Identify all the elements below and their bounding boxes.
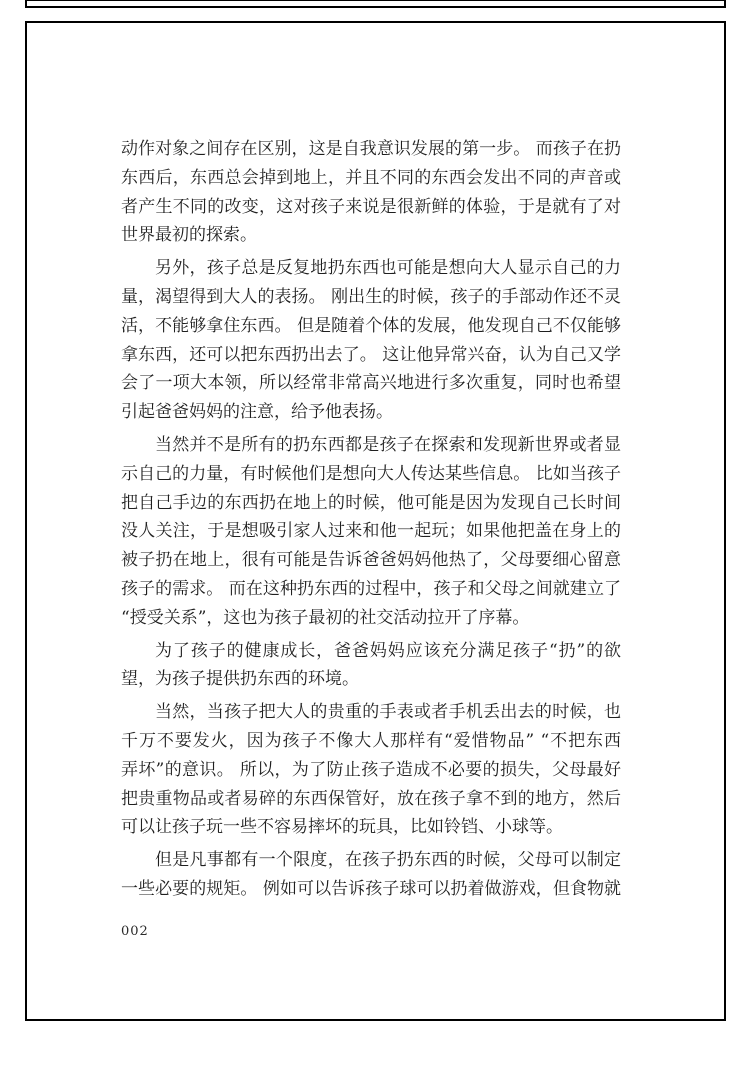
text-line: 把贵重物品或者易碎的东西保管好，放在孩子拿不到的地方，然后	[121, 785, 621, 814]
text-line: 东西后，东西总会掉到地上，并且不同的东西会发出不同的声音或	[121, 164, 621, 193]
paragraph: 另外，孩子总是反复地扔东西也可能是想向大人显示自己的力 量，渴望得到大人的表扬。…	[121, 254, 621, 427]
text-line: 动作对象之间存在区别，这是自我意识发展的第一步。 而孩子在扔	[121, 135, 621, 164]
text-line: 量，渴望得到大人的表扬。 刚出生的时候，孩子的手部动作还不灵	[121, 283, 621, 312]
book-page-frame: 动作对象之间存在区别，这是自我意识发展的第一步。 而孩子在扔 东西后，东西总会掉…	[25, 21, 726, 1021]
page-number: 002	[121, 924, 149, 939]
text-line: 一些必要的规矩。 例如可以告诉孩子球可以扔着做游戏，但食物就	[121, 875, 621, 904]
text-line: 被子扔在地上，很有可能是告诉爸爸妈妈他热了，父母要细心留意	[121, 546, 621, 575]
text-line: 当然，当孩子把大人的贵重的手表或者手机丢出去的时候，也	[121, 698, 621, 727]
text-line: 引起爸爸妈妈的注意，给予他表扬。	[121, 398, 621, 427]
text-line: 为了孩子的健康成长，爸爸妈妈应该充分满足孩子“扔”的欲	[121, 637, 621, 666]
text-line: 会了一项大本领，所以经常非常高兴地进行多次重复，同时也希望	[121, 369, 621, 398]
text-line: 千万不要发火，因为孩子不像大人那样有“爱惜物品” “不把东西	[121, 727, 621, 756]
text-line: “授受关系”，这也为孩子最初的社交活动拉开了序幕。	[121, 604, 621, 633]
paragraph: 当然，当孩子把大人的贵重的手表或者手机丢出去的时候，也 千万不要发火，因为孩子不…	[121, 698, 621, 842]
text-line: 没人关注，于是想吸引家人过来和他一起玩；如果他把盖在身上的	[121, 517, 621, 546]
text-line: 当然并不是所有的扔东西都是孩子在探索和发现新世界或者显	[121, 431, 621, 460]
text-line: 另外，孩子总是反复地扔东西也可能是想向大人显示自己的力	[121, 254, 621, 283]
page-text-block: 动作对象之间存在区别，这是自我意识发展的第一步。 而孩子在扔 东西后，东西总会掉…	[121, 135, 621, 908]
paragraph: 但是凡事都有一个限度，在孩子扔东西的时候，父母可以制定 一些必要的规矩。 例如可…	[121, 846, 621, 904]
text-line: 孩子的需求。 而在这种扔东西的过程中，孩子和父母之间就建立了	[121, 575, 621, 604]
paragraph: 当然并不是所有的扔东西都是孩子在探索和发现新世界或者显 示自己的力量，有时候他们…	[121, 431, 621, 633]
text-line: 示自己的力量，有时候他们是想向大人传达某些信息。 比如当孩子	[121, 460, 621, 489]
text-line: 者产生不同的改变，这对孩子来说是很新鲜的体验，于是就有了对	[121, 193, 621, 222]
text-line: 拿东西，还可以把东西扔出去了。 这让他异常兴奋，认为自己又学	[121, 341, 621, 370]
text-line: 世界最初的探索。	[121, 221, 621, 250]
text-line: 可以让孩子玩一些不容易摔坏的玩具，比如铃铛、小球等。	[121, 813, 621, 842]
paragraph: 为了孩子的健康成长，爸爸妈妈应该充分满足孩子“扔”的欲 望，为孩子提供扔东西的环…	[121, 637, 621, 695]
text-line: 把自己手边的东西扔在地上的时候，他可能是因为发现自己长时间	[121, 489, 621, 518]
text-line: 弄坏”的意识。 所以，为了防止孩子造成不必要的损失，父母最好	[121, 756, 621, 785]
text-line: 活，不能够拿住东西。 但是随着个体的发展，他发现自己不仅能够	[121, 312, 621, 341]
previous-page-bottom-edge	[25, 0, 726, 8]
paragraph: 动作对象之间存在区别，这是自我意识发展的第一步。 而孩子在扔 东西后，东西总会掉…	[121, 135, 621, 250]
text-line: 望，为孩子提供扔东西的环境。	[121, 665, 621, 694]
text-line: 但是凡事都有一个限度，在孩子扔东西的时候，父母可以制定	[121, 846, 621, 875]
